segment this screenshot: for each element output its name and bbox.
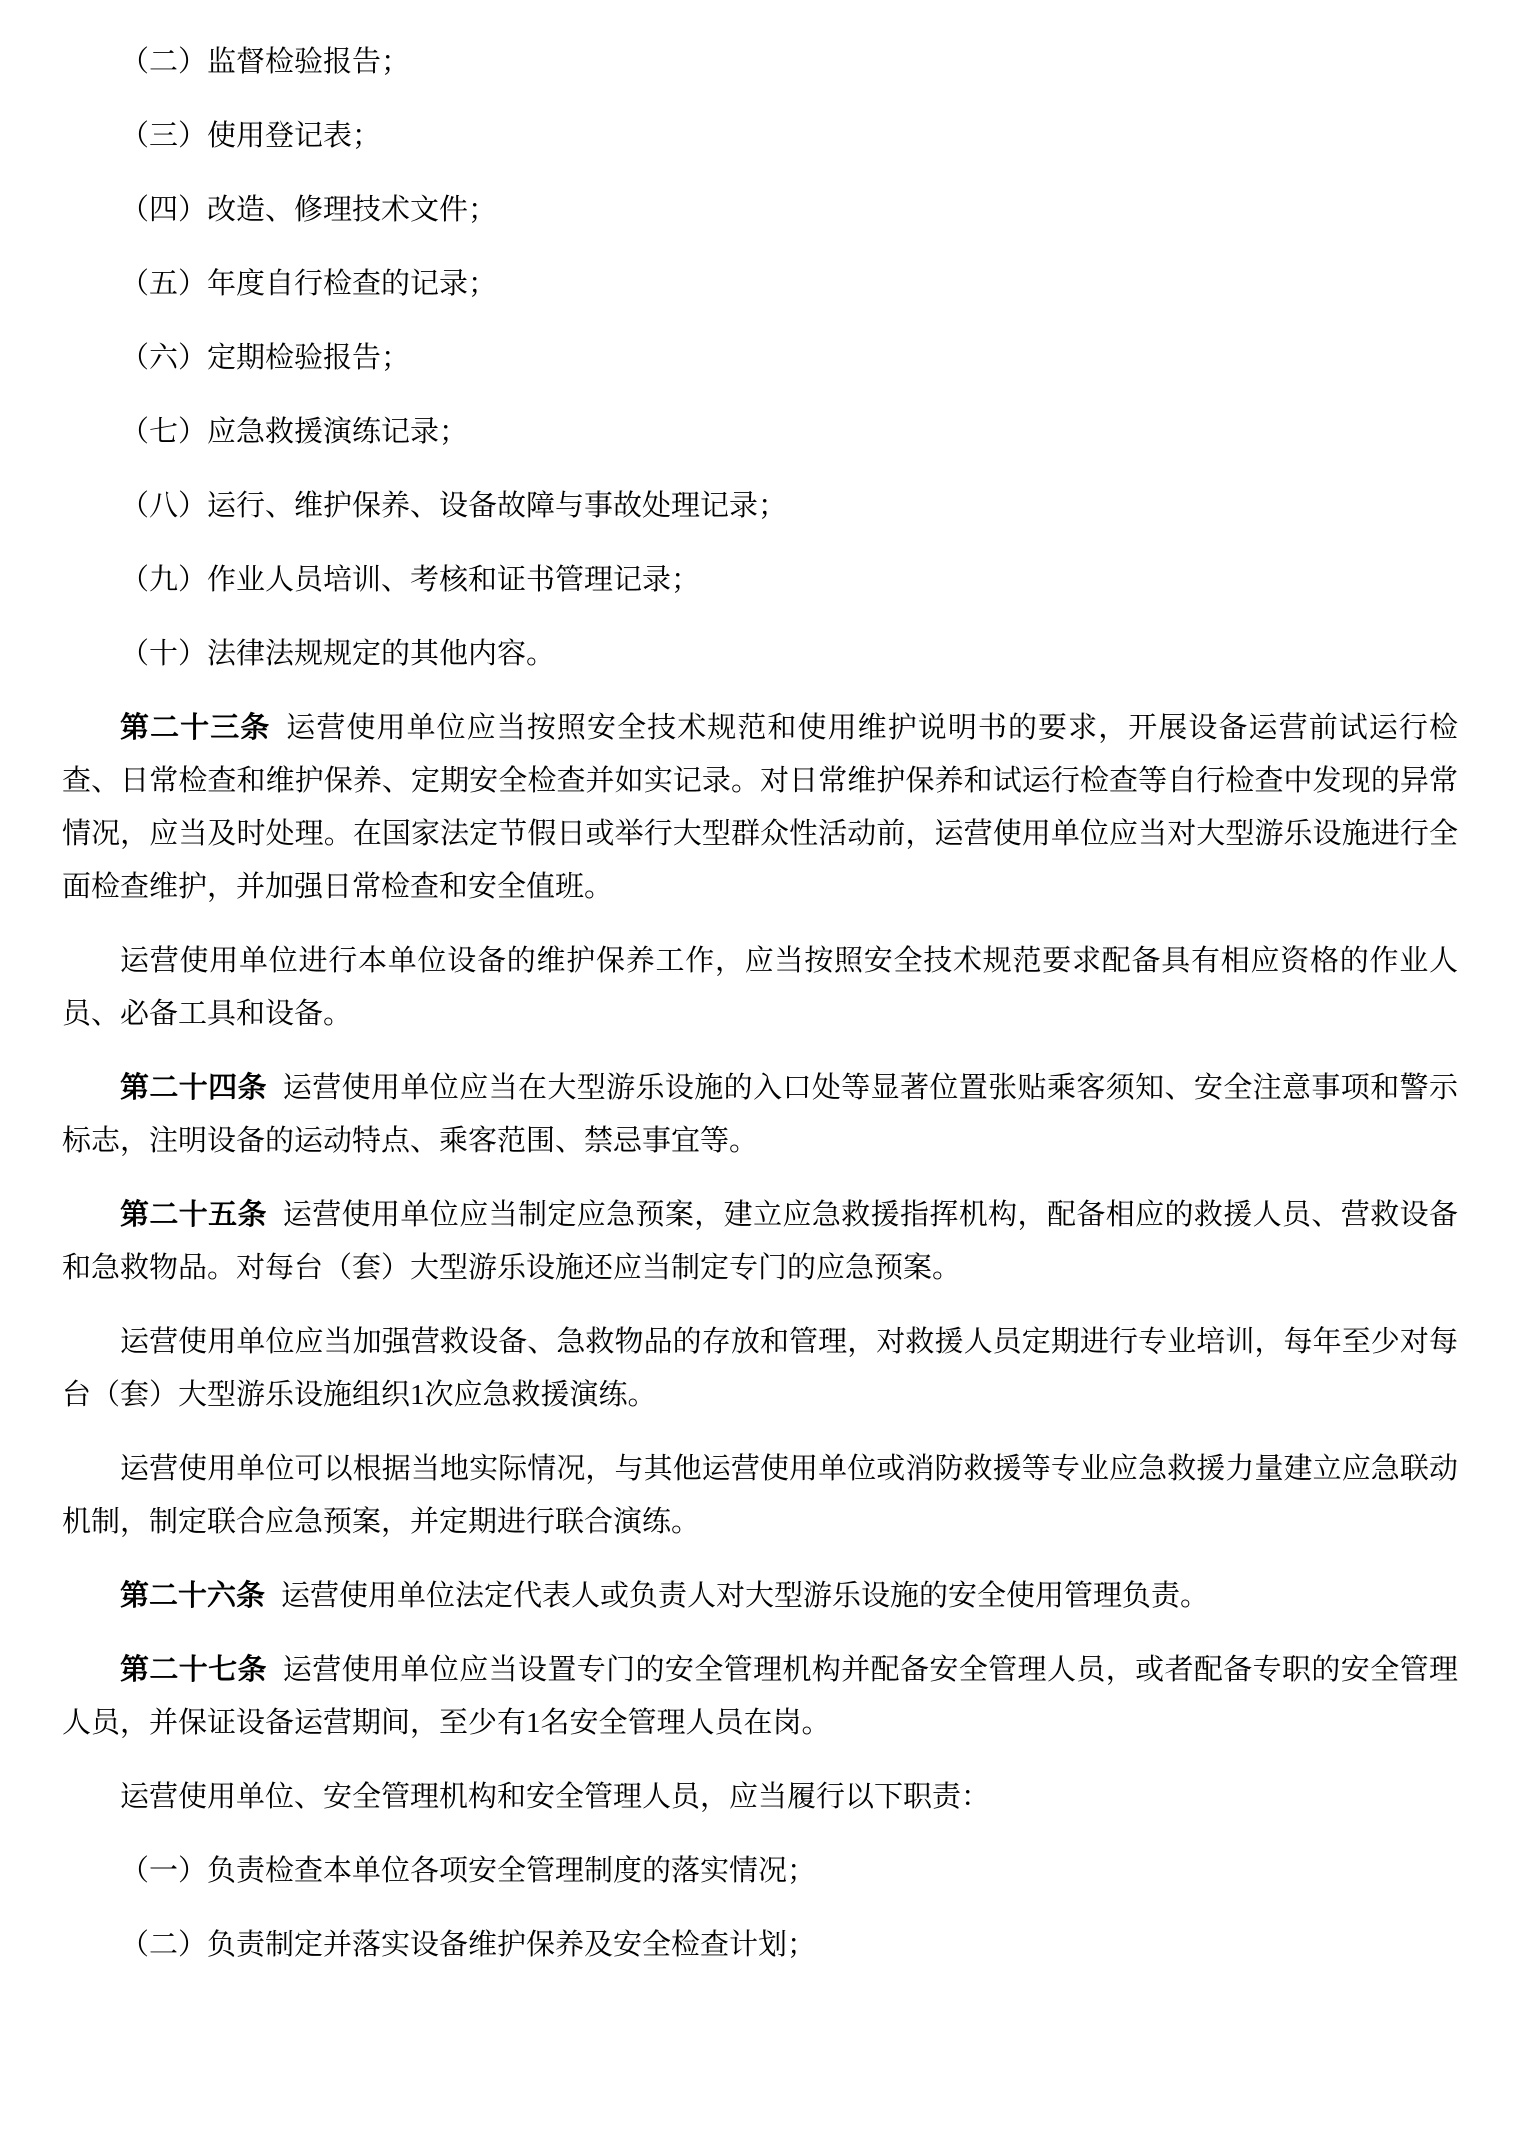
article-number: 第二十四条 — [120, 1072, 267, 1104]
article-paragraph: 第二十六条运营使用单位法定代表人或负责人对大型游乐设施的安全使用管理负责。 — [62, 1570, 1458, 1623]
list-item-text: （八）运行、维护保养、设备故障与事故处理记录； — [120, 490, 787, 522]
body-text: 运营使用单位、安全管理机构和安全管理人员，应当履行以下职责： — [120, 1781, 990, 1813]
list-item: （二）监督检验报告； — [62, 36, 1458, 89]
list-item: （一）负责检查本单位各项安全管理制度的落实情况； — [62, 1845, 1458, 1898]
body-text: 运营使用单位进行本单位设备的维护保养工作，应当按照安全技术规范要求配备具有相应资… — [62, 945, 1458, 1030]
article-number: 第二十五条 — [120, 1199, 267, 1231]
list-item-text: （五）年度自行检查的记录； — [120, 268, 497, 300]
body-paragraph: 运营使用单位进行本单位设备的维护保养工作，应当按照安全技术规范要求配备具有相应资… — [62, 935, 1458, 1041]
list-item: （八）运行、维护保养、设备故障与事故处理记录； — [62, 480, 1458, 533]
list-item: （三）使用登记表； — [62, 110, 1458, 163]
body-text: 运营使用单位应当加强营救设备、急救物品的存放和管理，对救援人员定期进行专业培训，… — [62, 1326, 1458, 1411]
list-item: （六）定期检验报告； — [62, 332, 1458, 385]
list-item: （七）应急救援演练记录； — [62, 406, 1458, 459]
list-item-text: （四）改造、修理技术文件； — [120, 194, 497, 226]
list-item-text: （二）负责制定并落实设备维护保养及安全检查计划； — [120, 1929, 816, 1961]
list-item: （四）改造、修理技术文件； — [62, 184, 1458, 237]
list-item: （五）年度自行检查的记录； — [62, 258, 1458, 311]
document-page: （二）监督检验报告； （三）使用登记表； （四）改造、修理技术文件； （五）年度… — [0, 0, 1520, 2150]
body-paragraph: 运营使用单位、安全管理机构和安全管理人员，应当履行以下职责： — [62, 1771, 1458, 1824]
list-item: （二）负责制定并落实设备维护保养及安全检查计划； — [62, 1919, 1458, 1972]
article-paragraph: 第二十五条运营使用单位应当制定应急预案，建立应急救援指挥机构，配备相应的救援人员… — [62, 1189, 1458, 1295]
article-paragraph: 第二十四条运营使用单位应当在大型游乐设施的入口处等显著位置张贴乘客须知、安全注意… — [62, 1062, 1458, 1168]
list-item: （九）作业人员培训、考核和证书管理记录； — [62, 554, 1458, 607]
list-item-text: （十）法律法规规定的其他内容。 — [120, 638, 555, 670]
article-text: 运营使用单位应当设置专门的安全管理机构并配备安全管理人员，或者配备专职的安全管理… — [62, 1654, 1458, 1739]
article-text: 运营使用单位应当制定应急预案，建立应急救援指挥机构，配备相应的救援人员、营救设备… — [62, 1199, 1458, 1284]
article-number: 第二十三条 — [120, 712, 270, 744]
body-text: 运营使用单位可以根据当地实际情况，与其他运营使用单位或消防救援等专业应急救援力量… — [62, 1453, 1458, 1538]
article-number: 第二十七条 — [120, 1654, 267, 1686]
article-text: 运营使用单位应当在大型游乐设施的入口处等显著位置张贴乘客须知、安全注意事项和警示… — [62, 1072, 1458, 1157]
article-text: 运营使用单位应当按照安全技术规范和使用维护说明书的要求，开展设备运营前试运行检查… — [62, 712, 1458, 903]
article-text: 运营使用单位法定代表人或负责人对大型游乐设施的安全使用管理负责。 — [281, 1580, 1209, 1612]
article-number: 第二十六条 — [120, 1580, 265, 1612]
list-item-text: （九）作业人员培训、考核和证书管理记录； — [120, 564, 700, 596]
list-item-text: （七）应急救援演练记录； — [120, 416, 468, 448]
article-paragraph: 第二十七条运营使用单位应当设置专门的安全管理机构并配备安全管理人员，或者配备专职… — [62, 1644, 1458, 1750]
body-paragraph: 运营使用单位可以根据当地实际情况，与其他运营使用单位或消防救援等专业应急救援力量… — [62, 1443, 1458, 1549]
list-item-text: （六）定期检验报告； — [120, 342, 410, 374]
list-item-text: （一）负责检查本单位各项安全管理制度的落实情况； — [120, 1855, 816, 1887]
list-item-text: （二）监督检验报告； — [120, 46, 410, 78]
article-paragraph: 第二十三条运营使用单位应当按照安全技术规范和使用维护说明书的要求，开展设备运营前… — [62, 702, 1458, 914]
list-item: （十）法律法规规定的其他内容。 — [62, 628, 1458, 681]
list-item-text: （三）使用登记表； — [120, 120, 381, 152]
body-paragraph: 运营使用单位应当加强营救设备、急救物品的存放和管理，对救援人员定期进行专业培训，… — [62, 1316, 1458, 1422]
